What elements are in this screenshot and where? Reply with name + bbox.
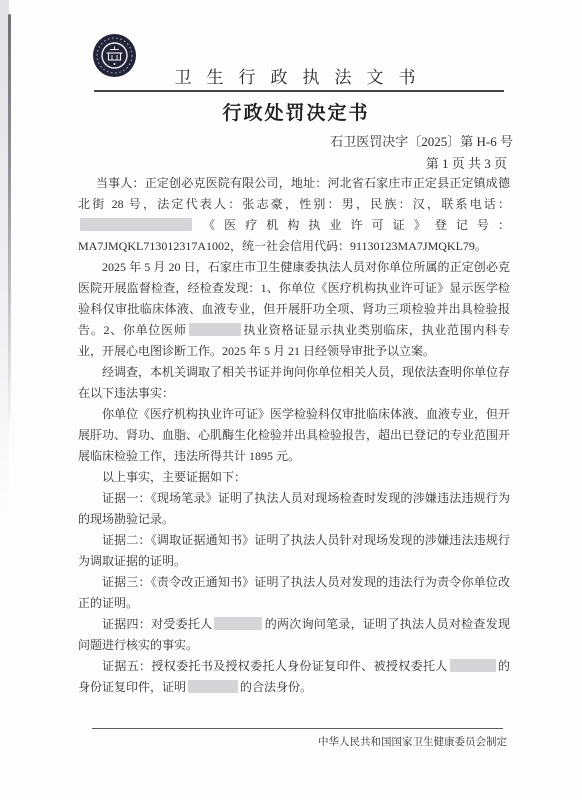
paragraph-text: 你单位《医疗机构执业许可证》医学检验科仅审批临床体液、血液专业，但开展肝功、肾功…: [78, 407, 510, 463]
paragraph-text: 以上事实，主要证据如下：: [102, 470, 246, 484]
document-title: 行政处罚决定书: [80, 98, 510, 125]
paragraph-text: 证据五：授权委托书及授权委托人身份证复印件、被授权委托人: [102, 659, 448, 673]
paragraph-text: 证据三：《责令改正通知书》证明了执法人员对发现的违法行为责令你单位改正的证明。: [78, 575, 510, 610]
footer-divider: [92, 728, 503, 729]
body-paragraph: 经调查，本机关调取了相关书证并询问你单位相关人员，现依法查明你单位存在以下违法事…: [78, 362, 510, 404]
page-indicator: 第 1 页 共 3 页: [80, 153, 507, 172]
paragraph-text: 的合法身份。: [240, 680, 312, 694]
paragraph-text: 经调查，本机关调取了相关书证并询问你单位相关人员，现依法查明你单位存在以下违法事…: [78, 365, 510, 400]
body-paragraph: 证据五：授权委托书及授权委托人身份证复印件、被授权委托人的身份证复印件，证明的合…: [78, 656, 510, 698]
redacted-text: [214, 617, 262, 630]
paragraph-text: 证据四：对受委托人: [102, 617, 212, 631]
paragraph-text: 当事人：正定创必克医院有限公司，地址：河北省石家庄市正定县正定镇成德北街 28 …: [78, 176, 510, 211]
body-paragraph: 你单位《医疗机构执业许可证》医学检验科仅审批临床体液、血液专业，但开展肝功、肾功…: [78, 404, 510, 467]
body-paragraph: 当事人：正定创必克医院有限公司，地址：河北省石家庄市正定县正定镇成德北街 28 …: [78, 173, 510, 257]
footer-issuer: 中华人民共和国国家卫生健康委员会制定: [80, 734, 507, 749]
header-divider: [94, 90, 504, 92]
document-number: 石卫医罚决字〔2025〕第 H-6 号: [80, 131, 513, 150]
redacted-text: [188, 680, 238, 693]
body-paragraph: 证据二：《调取证据通知书》证明了执法人员针对现场发现的涉嫌违法违规行为调取证据的…: [78, 530, 510, 572]
redacted-text: [80, 218, 192, 231]
body-paragraph: 以上事实，主要证据如下：: [78, 467, 510, 488]
paragraph-text: 证据一：《现场笔录》证明了执法人员对现场检查时发现的涉嫌违法违规行为的现场勘验记…: [78, 491, 510, 526]
redacted-text: [189, 323, 241, 336]
paragraph-text: 证据二：《调取证据通知书》证明了执法人员针对现场发现的涉嫌违法违规行为调取证据的…: [78, 533, 510, 568]
body-paragraph: 证据一：《现场笔录》证明了执法人员对现场检查时发现的涉嫌违法违规行为的现场勘验记…: [78, 488, 510, 530]
document-category-title: 卫生行政执法文书: [80, 63, 510, 88]
document-body: 当事人：正定创必克医院有限公司，地址：河北省石家庄市正定县正定镇成德北街 28 …: [78, 173, 510, 698]
document-page: 卫生行政执法文书 行政处罚决定书 石卫医罚决字〔2025〕第 H-6 号 第 1…: [0, 0, 582, 800]
body-paragraph: 2025 年 5 月 20 日，石家庄市卫生健康委执法人员对你单位所属的正定创必…: [78, 257, 510, 362]
scan-edge-line: [8, 14, 11, 434]
redacted-text: [450, 659, 496, 672]
body-paragraph: 证据四：对受委托人的两次询问笔录，证明了执法人员对检查发现问题进行核实的事实。: [78, 614, 510, 656]
body-paragraph: 证据三：《责令改正通知书》证明了执法人员对发现的违法行为责令你单位改正的证明。: [78, 572, 510, 614]
